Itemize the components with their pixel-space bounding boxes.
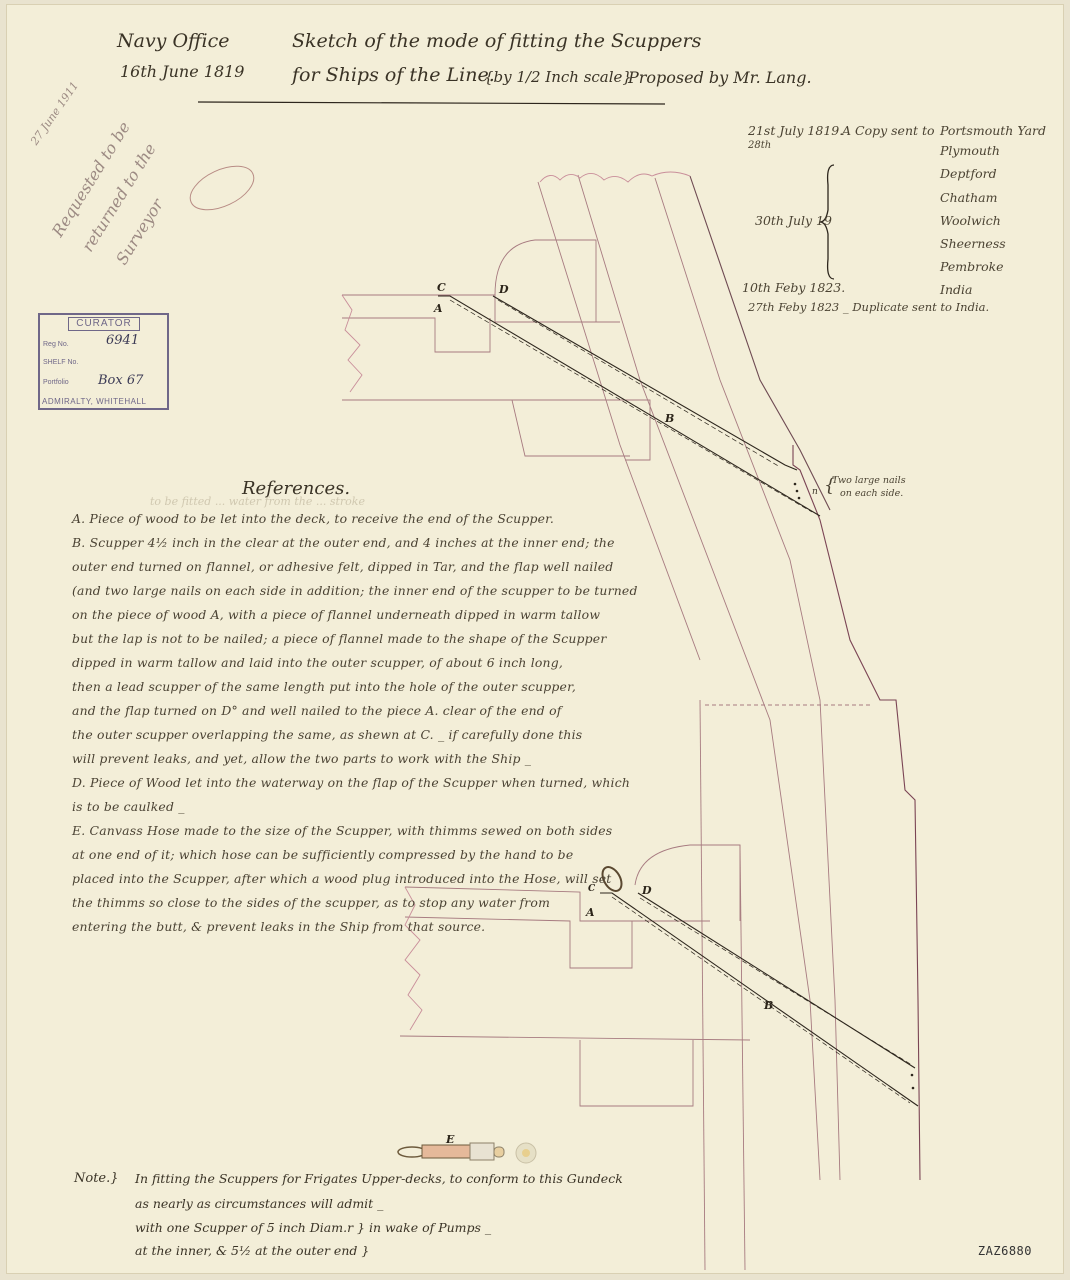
label-d-lower: D: [642, 884, 652, 897]
ref-line: is to be caulked _: [72, 799, 185, 814]
office-date: 16th June 1819: [120, 62, 244, 81]
ref-line: A. Piece of wood to be let into the deck…: [72, 511, 554, 526]
note-line-3: with one Scupper of 5 inch Diam.r } in w…: [135, 1220, 491, 1235]
references-faint-line: to be fitted ... water from the ... stro…: [150, 495, 365, 508]
note-label: Note.}: [74, 1171, 119, 1186]
dist-place-deptford: Deptford: [940, 166, 997, 181]
nails-note-line-1: Two large nails: [832, 475, 906, 486]
label-b-upper: B: [665, 412, 674, 425]
nails-marker: n: [812, 487, 818, 497]
dist-place-plymouth: Plymouth: [940, 143, 1000, 158]
ref-line: will prevent leaks, and yet, allow the t…: [72, 751, 531, 766]
dist-place-sheerness: Sheerness: [940, 236, 1006, 251]
nails-note-line-2: on each side.: [840, 488, 903, 499]
dist-duplicate-note: 27th Feby 1823 _ Duplicate sent to India…: [748, 300, 989, 314]
ref-line: the outer scupper overlapping the same, …: [72, 727, 582, 742]
dist-date-3: 30th July 19: [755, 213, 832, 228]
ref-line: D. Piece of Wood let into the waterway o…: [72, 775, 630, 790]
ref-line: E. Canvass Hose made to the size of the …: [72, 823, 612, 838]
label-d-upper: D: [499, 283, 509, 296]
dist-date-1: 21st July 1819.: [748, 123, 843, 138]
proposed-by: Proposed by Mr. Lang.: [628, 68, 812, 87]
label-b-lower: B: [764, 999, 773, 1012]
office-name: Navy Office: [117, 30, 229, 52]
title-line-2: for Ships of the Line.: [292, 64, 495, 86]
ref-line: on the piece of wood A, with a piece of …: [72, 607, 600, 622]
ref-line: entering the butt, & prevent leaks in th…: [72, 919, 485, 934]
ref-line: (and two large nails on each side in add…: [72, 583, 638, 598]
ref-line: and the flap turned on D° and well naile…: [72, 703, 562, 718]
stamp-shelf-label: SHELF No.: [43, 359, 78, 366]
note-line-4: at the inner, & 5½ at the outer end }: [135, 1243, 369, 1258]
ref-line: but the lap is not to be nailed; a piece…: [72, 631, 606, 646]
ref-line: then a lead scupper of the same length p…: [72, 679, 576, 694]
stamp-reg-label: Reg No.: [43, 341, 69, 348]
stamp-footer: ADMIRALTY, WHITEHALL: [42, 397, 146, 406]
ref-line: placed into the Scupper, after which a w…: [72, 871, 612, 886]
dist-date-4: 10th Feby 1823.: [742, 280, 845, 295]
title-line-1: Sketch of the mode of fitting the Scuppe…: [292, 30, 701, 52]
dist-place-portsmouth: Portsmouth Yard: [940, 123, 1046, 138]
note-line-1: In fitting the Scuppers for Frigates Upp…: [135, 1171, 623, 1186]
label-a-upper: A: [434, 302, 443, 315]
dist-place-pembroke: Pembroke: [940, 259, 1004, 274]
ref-line: at one end of it; which hose can be suff…: [72, 847, 573, 862]
note-line-2: as nearly as circumstances will admit _: [135, 1196, 383, 1211]
label-a-lower: A: [586, 906, 595, 919]
ref-line: outer end turned on flannel, or adhesive…: [72, 559, 613, 574]
catalogue-id: ZAZ6880: [978, 1244, 1032, 1258]
label-c-upper: C: [437, 281, 446, 294]
ref-line: dipped in warm tallow and laid into the …: [72, 655, 563, 670]
curator-stamp: CURATOR Reg No. 6941 SHELF No. Portfolio…: [38, 313, 169, 410]
dist-copy-text: A Copy sent to: [842, 123, 935, 138]
dist-place-india: India: [940, 282, 972, 297]
stamp-box: Box 67: [98, 373, 143, 388]
stamp-heading: CURATOR: [68, 317, 140, 331]
dist-place-chatham: Chatham: [940, 190, 997, 205]
stamp-box-label: Portfolio: [43, 379, 69, 386]
dist-date-2: 28th: [748, 140, 771, 151]
ref-line: the thimms so close to the sides of the …: [72, 895, 550, 910]
ref-line: B. Scupper 4½ inch in the clear at the o…: [72, 535, 615, 550]
label-e: E: [446, 1133, 454, 1146]
scale-note: {by 1/2 Inch scale}: [484, 68, 632, 86]
dist-place-woolwich: Woolwich: [940, 213, 1001, 228]
stamp-reg-no: 6941: [106, 333, 139, 348]
